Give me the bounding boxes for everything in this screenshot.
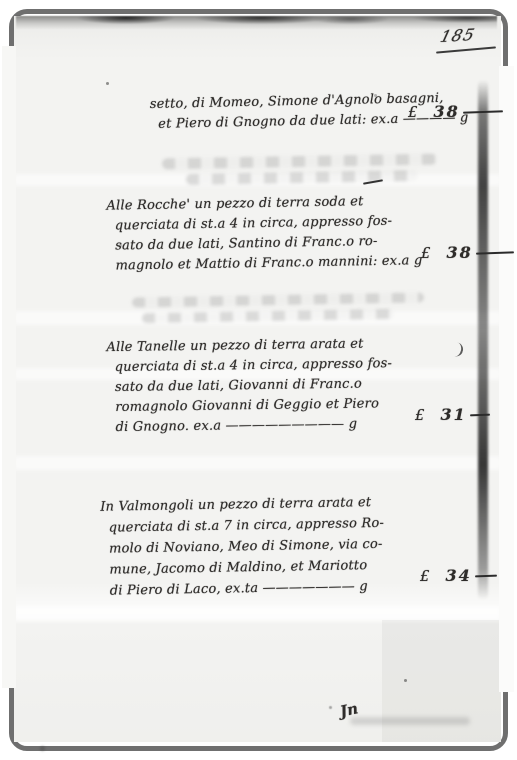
scan-light-band <box>14 456 501 470</box>
amount-value: 38 <box>447 243 473 262</box>
register-entry: Alle Tanelle un pezzo di terra arata et … <box>106 334 412 438</box>
page-right-edge-shadow <box>478 80 488 600</box>
page-edge-overlap-right <box>499 66 514 692</box>
amount-value: 34 <box>446 566 472 585</box>
amount-value: 38 <box>434 102 460 121</box>
bleedthrough-smudge <box>162 154 437 170</box>
scan-light-band <box>14 606 501 621</box>
amount-rule <box>475 574 497 577</box>
entry-line: romagnolo Giovanni di Geggio et Piero <box>115 394 412 418</box>
amount-value: 31 <box>441 405 467 424</box>
bottom-edge-smear <box>350 717 470 725</box>
page-edge-overlap-left <box>2 46 16 688</box>
lira-symbol: £ <box>408 103 418 121</box>
amount-group: £ 38 <box>421 243 514 262</box>
bleedthrough-smudge <box>132 292 424 307</box>
lira-symbol: £ <box>415 406 425 424</box>
amount-rule <box>463 110 503 113</box>
amount-group: £ 31 <box>415 405 490 424</box>
lira-symbol: £ <box>421 244 431 262</box>
lira-symbol: £ <box>420 567 430 585</box>
register-entry: setto, di Momeo, Simone d'Agnolo basagni… <box>150 89 436 135</box>
page-top-edge-shadow <box>16 16 497 32</box>
register-entry: Alle Rocche' un pezzo di terra soda et q… <box>106 191 412 276</box>
register-entry: In Valmongoli un pezzo di terra arata et… <box>100 491 417 601</box>
amount-rule <box>476 251 514 254</box>
entry-line: di Gnogno. ex.a ————————— g <box>115 414 412 438</box>
amount-group: £ 38 <box>408 102 503 121</box>
manuscript-scan-view: 185 setto, di Momeo, Simone d'Agnolo bas… <box>0 0 517 760</box>
amount-group: £ 34 <box>420 566 497 585</box>
amount-rule <box>470 413 490 416</box>
folio-number: 185 <box>438 25 477 46</box>
entry-line: querciata di st.a 4 in circa, appresso f… <box>115 354 412 378</box>
dust-specks <box>106 82 109 85</box>
